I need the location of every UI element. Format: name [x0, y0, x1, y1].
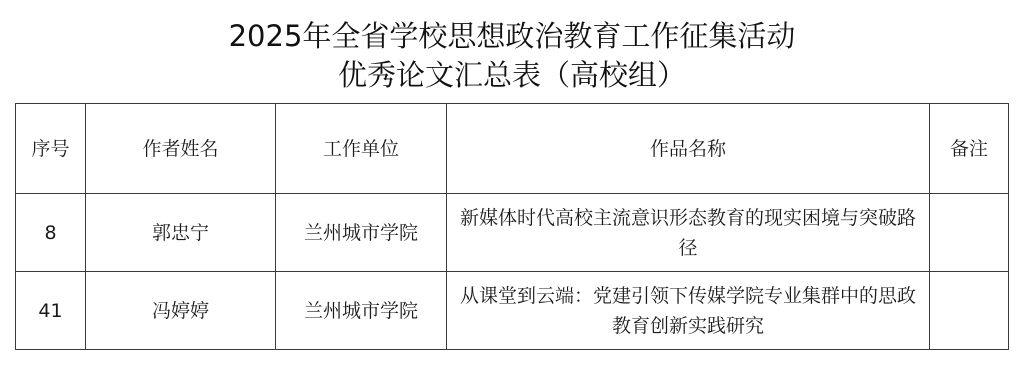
cell-no: 41 [16, 272, 86, 350]
cell-work-title: 从课堂到云端：党建引领下传媒学院专业集群中的思政教育创新实践研究 [447, 272, 930, 350]
table-row: 8 郭忠宁 兰州城市学院 新媒体时代高校主流意识形态教育的现实困境与突破路径 [16, 194, 1009, 272]
document-title: 2025年全省学校思想政治教育工作征集活动 [0, 18, 1024, 54]
column-header-unit: 工作单位 [276, 104, 447, 194]
cell-author: 郭忠宁 [86, 194, 276, 272]
table-header-row: 序号 作者姓名 工作单位 作品名称 备注 [16, 104, 1009, 194]
cell-author: 冯婷婷 [86, 272, 276, 350]
table-row: 41 冯婷婷 兰州城市学院 从课堂到云端：党建引领下传媒学院专业集群中的思政教育… [16, 272, 1009, 350]
column-header-note: 备注 [930, 104, 1009, 194]
column-header-work-title: 作品名称 [447, 104, 930, 194]
cell-work-title: 新媒体时代高校主流意识形态教育的现实困境与突破路径 [447, 194, 930, 272]
papers-summary-table: 序号 作者姓名 工作单位 作品名称 备注 8 郭忠宁 兰州城市学院 新媒体时代高… [15, 103, 1009, 350]
cell-no: 8 [16, 194, 86, 272]
document-subtitle: 优秀论文汇总表（高校组） [0, 57, 1024, 93]
column-header-author: 作者姓名 [86, 104, 276, 194]
cell-unit: 兰州城市学院 [276, 194, 447, 272]
cell-note [930, 194, 1009, 272]
column-header-no: 序号 [16, 104, 86, 194]
cell-unit: 兰州城市学院 [276, 272, 447, 350]
cell-note [930, 272, 1009, 350]
